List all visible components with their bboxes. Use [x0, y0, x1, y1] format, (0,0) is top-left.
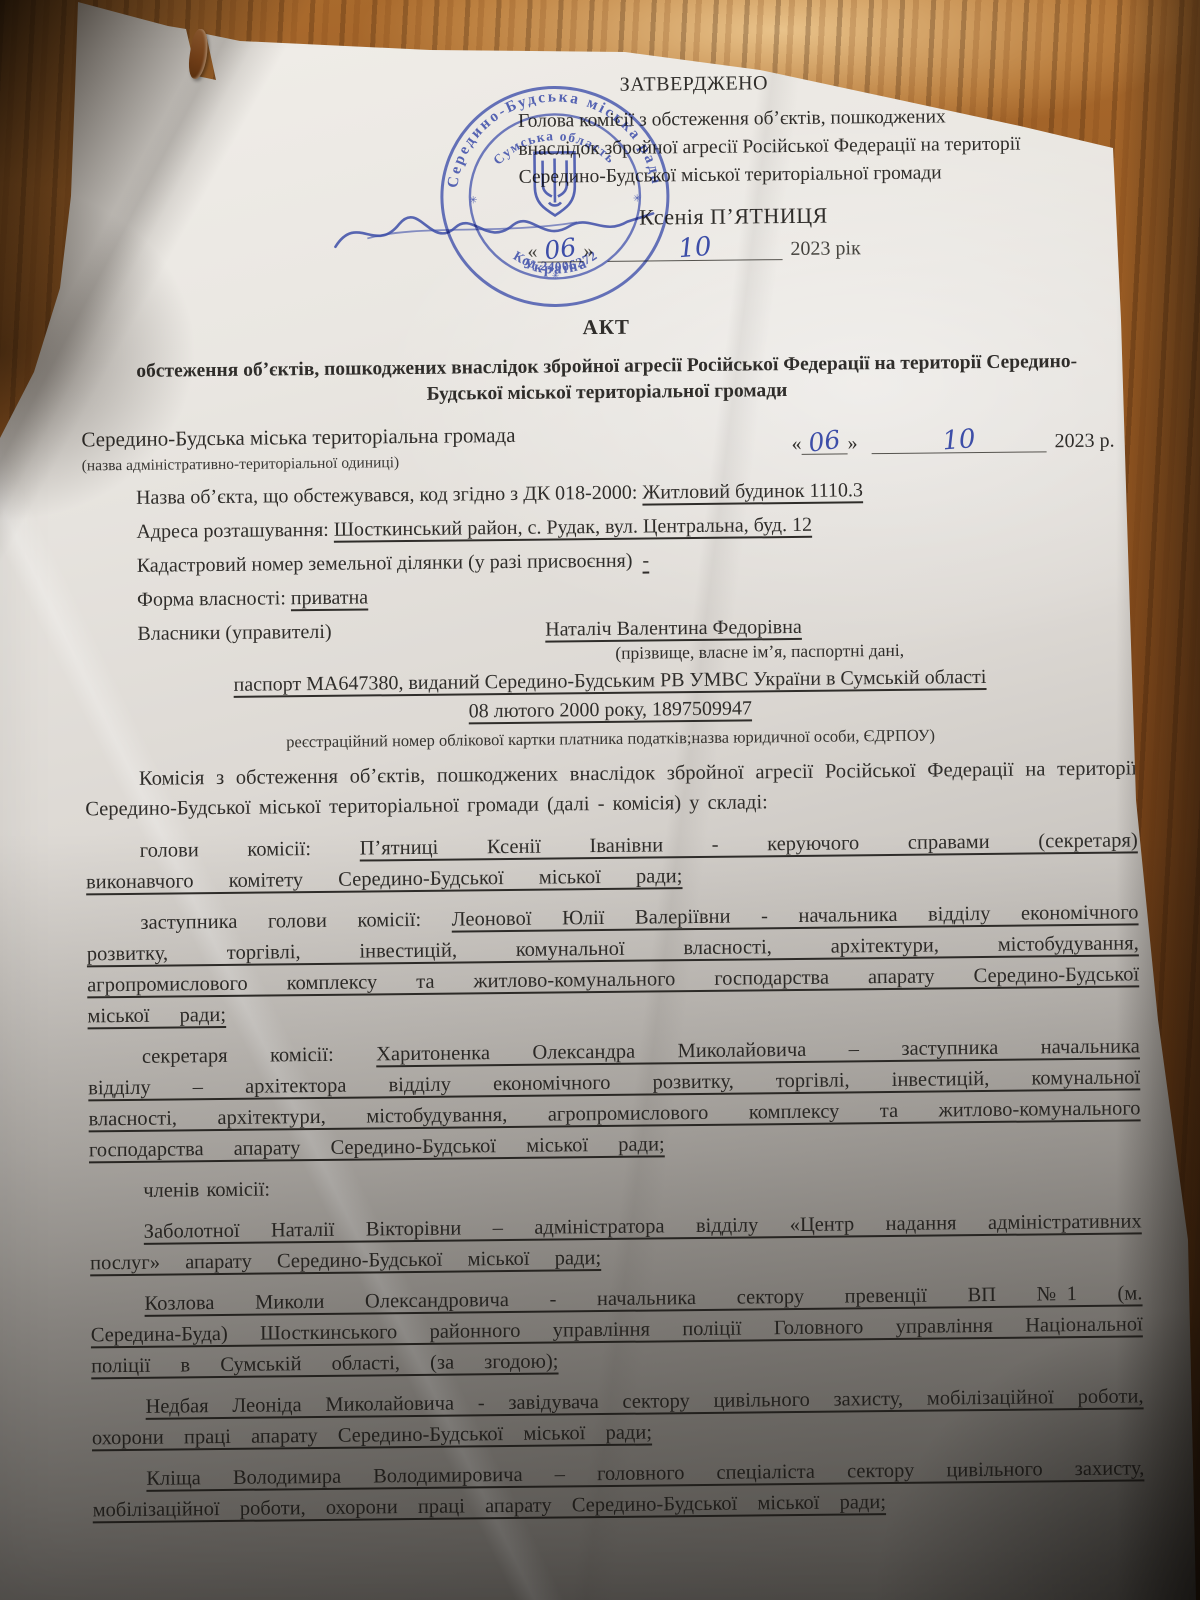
commission-head: голови комісії: П’ятниці Ксенії Іванівни…: [86, 825, 1139, 898]
commission-member: Недбая Леоніда Миколайовича - завідувача…: [91, 1381, 1144, 1454]
commission-deputy: заступника голови комісії: Леонової Юлії…: [86, 897, 1139, 1032]
ownership-value: приватна: [291, 586, 368, 609]
object-field: Назва об’єкта, що обстежувався, код згід…: [82, 476, 1134, 510]
object-label: Назва об’єкта, що обстежувався, код згід…: [136, 482, 638, 509]
ownership-field: Форма власності: приватна: [83, 578, 1135, 612]
quote-open: «: [791, 433, 801, 455]
passport-line-2: 08 лютого 2000 року, 1897509947: [84, 693, 1136, 727]
act-subtitle: обстеження об’єктів, пошкоджених внаслід…: [112, 349, 1102, 411]
handwritten-month: 10: [678, 237, 713, 260]
territory-row: Середино-Будська міська територіальна гр…: [81, 416, 1133, 475]
commission-members-label: членів комісії:: [89, 1165, 1141, 1207]
paper-sheet: ЗАТВЕРДЖЕНО Голова комісії з обстеження …: [0, 0, 1200, 1600]
commission-member: Кліща Володимира Володимировича – головн…: [92, 1453, 1145, 1526]
secretary-label: секретаря комісії:: [142, 1044, 334, 1068]
stamp-star-bottom: ✳: [552, 270, 560, 280]
address-value: Шосткинський район, с. Рудак, вул. Центр…: [334, 514, 812, 541]
owners-value: Наталіч Валентина Федорівна: [545, 616, 802, 641]
owners-label: Власники (управителі): [137, 621, 331, 646]
commission-member: Козлова Миколи Олександровича - начальни…: [90, 1278, 1143, 1382]
ownership-label: Форма власності:: [137, 587, 286, 611]
act-date-year: 2023 р.: [1054, 430, 1114, 453]
territory-caption: (назва адміністративно-територіальної од…: [82, 452, 602, 475]
address-field: Адреса розташування: Шосткинський район,…: [82, 510, 1134, 544]
quote-close: »: [847, 432, 857, 454]
signature-scribble: [327, 191, 664, 271]
document-content: ЗАТВЕРДЖЕНО Голова комісії з обстеження …: [0, 0, 1200, 1537]
owners-caption-2: реєстраційний номер облікової картки пла…: [85, 723, 1137, 754]
cadastre-label: Кадастровий номер земельної ділянки (у р…: [137, 550, 633, 577]
handwritten-day: 06: [807, 430, 841, 454]
handwritten-month: 10: [942, 429, 977, 452]
commission-section: Комісія з обстеження об’єктів, пошкоджен…: [85, 753, 1145, 1526]
commission-member: Заболотної Наталії Вікторівни – адмініст…: [90, 1206, 1143, 1279]
object-value: Житловий будинок 1110.3: [642, 479, 863, 503]
commission-secretary: секретаря комісії: Харитоненка Олександр…: [88, 1031, 1141, 1166]
address-label: Адреса розташування:: [136, 519, 329, 543]
head-label: голови комісії:: [140, 838, 312, 862]
act-title: АКТ: [80, 309, 1132, 345]
document-photo: ЗАТВЕРДЖЕНО Голова комісії з обстеження …: [0, 0, 1200, 1600]
passport-line-1: паспорт МА647380, виданий Середино-Будсь…: [84, 664, 1136, 698]
territory-block: Середино-Будська міська територіальна гр…: [81, 422, 601, 475]
act-date-line: «06»102023 р.: [791, 429, 1114, 468]
approval-year: 2023 рік: [790, 237, 861, 260]
cadastre-value: -: [642, 550, 649, 572]
deputy-label: заступника голови комісії:: [140, 909, 421, 934]
cadastre-field: Кадастровий номер земельної ділянки (у р…: [83, 544, 1135, 578]
territory-name: Середино-Будська міська територіальна гр…: [81, 422, 601, 452]
fields-section: Назва об’єкта, що обстежувався, код згід…: [82, 476, 1137, 754]
commission-intro: Комісія з обстеження об’єктів, пошкоджен…: [85, 753, 1138, 824]
